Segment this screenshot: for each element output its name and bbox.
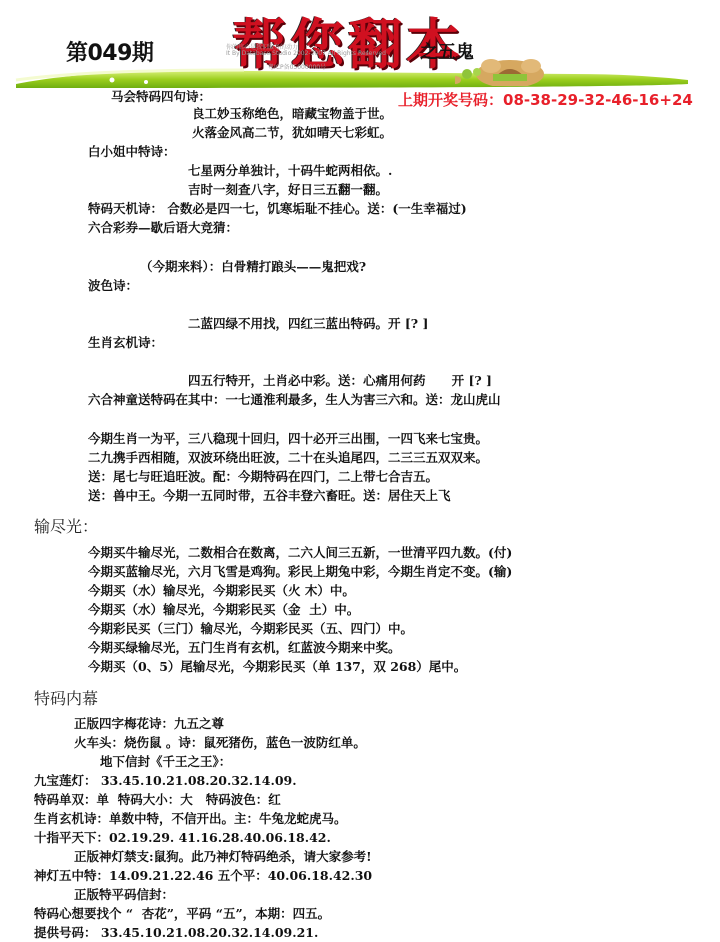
text-line: （今期来料）：白骨精打踉头——鬼把戏?	[140, 259, 366, 275]
text-line: 六合彩券—歇后语大竞猜：	[88, 220, 238, 236]
text-line: 二蓝四绿不用找，四红三蓝出特码。开 [? ]	[188, 316, 428, 332]
text-line: 特码天机诗： 合数必是四一七，饥寒垢耻不挂心。送：(一生幸福过)	[88, 201, 467, 217]
text-line: 今期生肖一为平，三八稳现十回归，四十必开三出围，一四飞来七宝贵。	[88, 431, 488, 447]
text-line: 今期彩民买（三门）输尽光，今期彩民买（五、四门）中。	[88, 621, 413, 637]
text-line: 波色诗：	[88, 278, 138, 294]
text-line: 今期买（0、5）尾输尽光，今期彩民买（单 137，双 268）尾中。	[88, 659, 466, 675]
text-line: 特码心想要找个 “ 杏花”，平码 “五”，本期：四五。	[34, 906, 330, 922]
text-line: 四五行特开，土肖必中彩。送：心痛用何药 开 [? ]	[188, 373, 492, 389]
text-line: 今期买牛输尽光，二数相合在数离，二六人间三五新，一世清平四九数。(付)	[88, 545, 512, 561]
text-line: 正版神灯禁支:鼠狗。此乃神灯特码绝杀，请大家参考!	[74, 849, 372, 865]
logo-caption-2: It By Database Studio 2002-2007 All Righ…	[226, 50, 386, 57]
text-line: 地下信封《千王之王》：	[100, 754, 231, 770]
last-draw-numbers: 上期开奖号码：08-38-29-32-46-16+24	[398, 89, 693, 110]
text-line: 神灯五中特：14.09.21.22.46 五个平：40.06.18.42.30	[34, 868, 372, 884]
text-line: 二九携手西相随，双波环绕出旺波，二十在头追尾四，二三三五双双来。	[88, 450, 488, 466]
text-line: 送：兽中王。今期一五同时带，五谷丰登六畜旺。送：居住天上飞	[88, 488, 451, 504]
text-line: 十指平天下：02.19.29. 41.16.28.40.06.18.42.	[34, 830, 331, 846]
logo-caption-3: 粤ICP备05000000号	[268, 62, 326, 71]
text-line: 正版四字梅花诗：九五之尊	[74, 716, 224, 732]
text-line: 马会特码四句诗：	[111, 89, 211, 105]
text-line: 良工妙玉称绝色，暗藏宝物盖于世。	[192, 106, 392, 122]
text-line: 生肖玄机诗：单数中特，不信开出。主：牛兔龙蛇虎马。	[34, 811, 347, 827]
text-line: 吉时一刻查八字，好日三五翻一翻。	[188, 182, 388, 198]
text-line: 特码单双：单 特码大小：大 特码波色：红	[34, 792, 281, 808]
text-line: 提供号码： 33.45.10.21.08.20.32.14.09.21.	[34, 925, 318, 941]
text-line: 今期买（水）输尽光，今期彩民买（火 木）中。	[88, 583, 355, 599]
text-line: 七星两分单独计，十码牛蛇两相依。.	[188, 163, 392, 179]
text-line: 今期买（水）输尽光，今期彩民买（金 土）中。	[88, 602, 359, 618]
text-line: 今期买绿输尽光，五门生肖有玄机，红蓝波今期来中奖。	[88, 640, 401, 656]
text-line: 火落金风高二节，犹如晴天七彩虹。	[192, 125, 392, 141]
text-line: 送：尾七与旺追旺波。配：今期特码在四门，二上带七合吉五。	[88, 469, 438, 485]
text-line: 正版特平码信封：	[74, 887, 174, 903]
section-title: 特码内幕	[34, 686, 98, 709]
logo-subtitle: 之五鬼	[420, 38, 474, 64]
text-line: 今期买蓝输尽光，六月飞雪是鸡狗。彩民上期兔中彩，今期生肖定不变。(输)	[88, 564, 512, 580]
text-line: 九宝莲灯： 33.45.10.21.08.20.32.14.09.	[34, 773, 297, 789]
text-line: 六合神童送特码在其中：一七通淮利最多，生人为害三六和。送：龙山虎山	[88, 392, 501, 408]
text-line: 白小姐中特诗：	[88, 144, 176, 160]
section-title: 输尽光：	[34, 514, 98, 537]
text-line: 火车头：烧伤鼠 。诗：鼠死猪伤，蓝色一波防红单。	[74, 735, 366, 751]
text-line: 生肖玄机诗：	[88, 335, 163, 351]
